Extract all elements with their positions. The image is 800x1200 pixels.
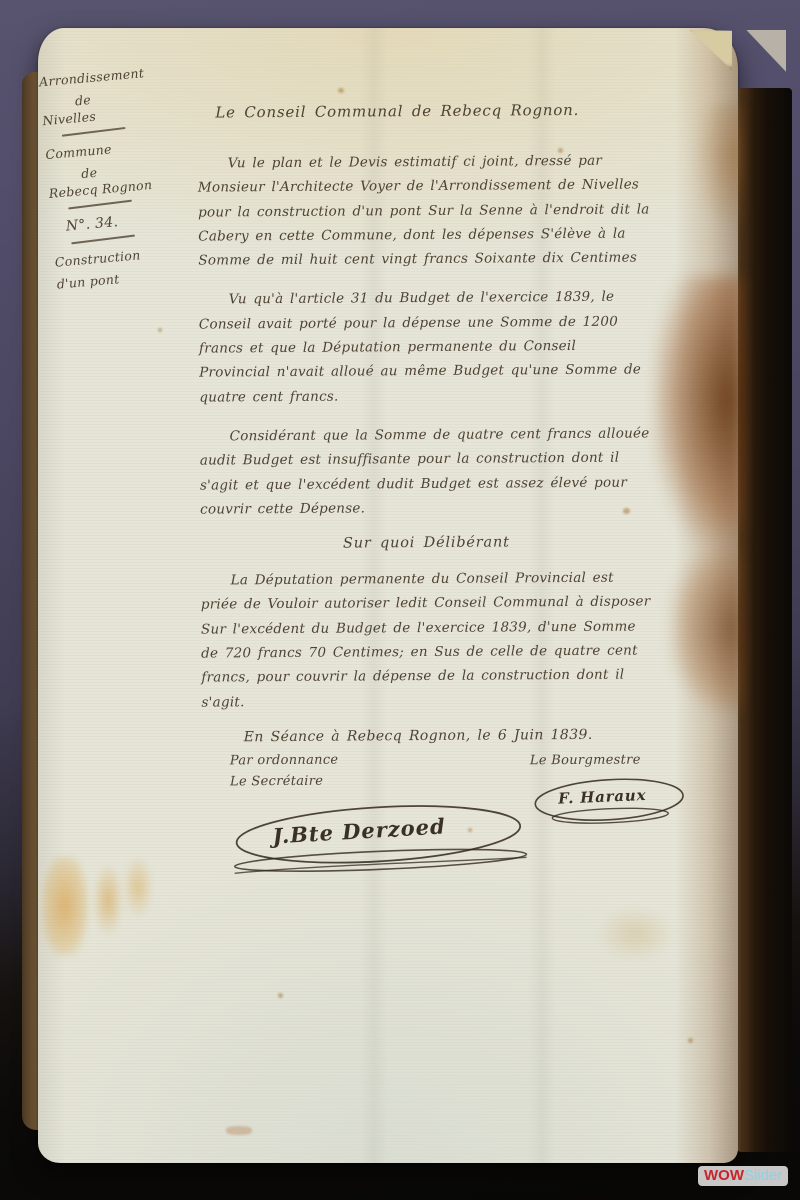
margin-act-number: N°. 34. <box>65 208 190 236</box>
stain-left-yellow-c <box>124 858 152 916</box>
burgomaster-signature-flourish: F. Haraux <box>530 773 688 828</box>
paragraph-vu-plan: Vu le plan et le Devis estimatif ci join… <box>198 148 651 273</box>
photo-backdrop: Arrondissement de Nivelles Commune de Re… <box>0 0 800 1200</box>
signature-burgomaster: Le Bourgmestre F. Haraux <box>530 750 689 828</box>
stain-left-yellow-a <box>42 856 88 956</box>
wowslider-watermark: WOWSlider <box>698 1166 788 1186</box>
manuscript-page: Arrondissement de Nivelles Commune de Re… <box>38 28 738 1163</box>
stain-left-yellow-b <box>94 866 122 934</box>
foxing-spot <box>158 328 162 332</box>
dateline: En Séance à Rebecq Rognon, le 6 Juin 183… <box>244 726 654 745</box>
margin-rule <box>71 235 135 245</box>
stain-right-middle <box>670 544 742 712</box>
corner-fold <box>686 30 732 70</box>
foxing-spot <box>278 993 283 998</box>
watermark-wow-text: WOW <box>704 1166 744 1186</box>
deliberation-text: Le Conseil Communal de Rebecq Rognon. Vu… <box>197 100 654 879</box>
signature-block: Par ordonnance Le Secrétaire J.Bte Derzo… <box>202 748 655 879</box>
margin-annotations: Arrondissement de Nivelles Commune de Re… <box>38 62 195 298</box>
foxing-spot <box>226 1126 252 1135</box>
heading-sur-quoi-deliberant: Sur quoi Délibérant <box>200 534 652 553</box>
loose-page-corner <box>742 30 786 74</box>
stain-right-large <box>654 276 742 552</box>
document-title: Le Conseil Communal de Rebecq Rognon. <box>215 100 649 121</box>
signature-secretary: Par ordonnance Le Secrétaire J.Bte Derzo… <box>230 749 531 879</box>
margin-commune-name: Rebecq Rognon <box>48 174 187 202</box>
secretary-signature-flourish: J.Bte Derzoed <box>230 793 531 879</box>
paragraph-deputation: La Députation permanente du Conseil Prov… <box>201 566 654 715</box>
page-block-edge <box>734 88 792 1152</box>
signature-secretary-ordinance: Par ordonnance <box>230 749 530 772</box>
signature-secretary-title: Le Secrétaire <box>230 770 530 793</box>
paragraph-vu-budget: Vu qu'à l'article 31 du Budget de l'exer… <box>199 285 652 410</box>
foxing-spot <box>688 1038 693 1043</box>
signature-burgomaster-title: Le Bourgmestre <box>530 750 688 772</box>
paragraph-considerant: Considérant que la Somme de quatre cent … <box>200 421 653 521</box>
burgomaster-signature-name: F. Haraux <box>558 786 647 808</box>
margin-rule <box>62 127 126 137</box>
margin-nivelles: Nivelles <box>42 102 181 130</box>
margin-rule <box>68 199 132 209</box>
stain-bottom-right <box>598 908 672 960</box>
stain-right-top <box>694 104 742 234</box>
foxing-spot <box>338 88 344 93</box>
watermark-slider-text: Slider <box>744 1166 782 1186</box>
